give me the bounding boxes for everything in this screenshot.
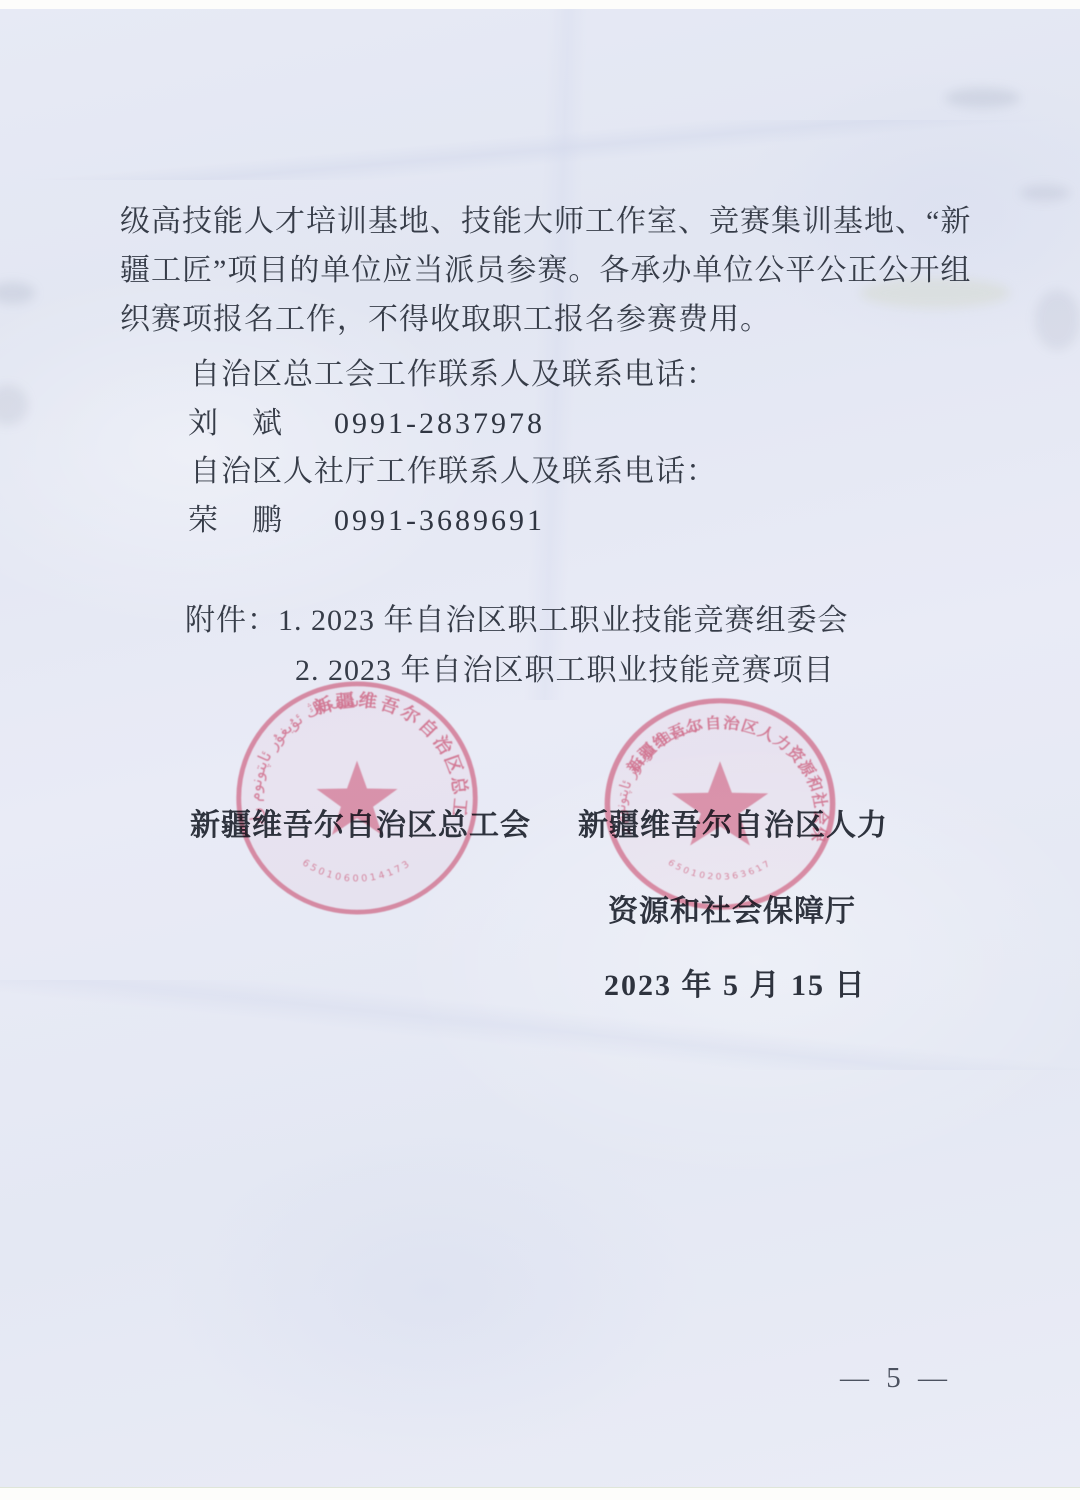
svg-text:6501020363617: 6501020363617 bbox=[666, 858, 775, 882]
contact-intro-union: 自治区总工会工作联系人及联系电话： bbox=[190, 349, 717, 393]
seal-chinese-arc-text: 新疆维吾尔自治区总工会 bbox=[228, 672, 472, 820]
ghost-mark bbox=[945, 88, 1020, 108]
paragraph-line-3: 织赛项报名工作，不得收取职工报名参赛费用。 bbox=[120, 294, 940, 338]
contact-row-union: 刘 斌0991-2837978 bbox=[188, 398, 545, 442]
ghost-mark bbox=[0, 282, 35, 304]
page-number: — 5 — bbox=[840, 1362, 952, 1395]
ghost-mark bbox=[1035, 290, 1080, 350]
contact-row-hr: 荣 鹏0991-3689691 bbox=[188, 495, 545, 539]
signature-date: 2023 年 5 月 15 日 bbox=[604, 960, 867, 1004]
signature-right-org-line1: 新疆维吾尔自治区人力 bbox=[578, 800, 888, 844]
seal-serial-number: 6501020363617 bbox=[666, 858, 775, 882]
scan-edge-top bbox=[0, 0, 1080, 9]
ghost-mark bbox=[1020, 185, 1070, 201]
contact-name: 荣 鹏 bbox=[188, 504, 284, 537]
scanned-document-page: 级高技能人才培训基地、技能大师工作室、竞赛集训基地、“新 疆工匠”项目的单位应当… bbox=[0, 0, 1080, 1500]
attachment-item-2: 2. 2023 年自治区职工职业技能竞赛项目 bbox=[295, 645, 835, 689]
official-seal-left: شىنجاڭ ئۇيغۇر ئاپتونوم رايونى 新疆维吾尔自治区总工… bbox=[228, 672, 486, 924]
attachment-label: 附件： bbox=[185, 604, 278, 637]
paragraph-line-1: 级高技能人才培训基地、技能大师工作室、竞赛集训基地、“新 bbox=[120, 196, 940, 240]
seal-graphic: شىنجاڭ ئۇيغۇر ئاپتونوم رايونى 新疆维吾尔自治区总工… bbox=[228, 672, 486, 924]
paragraph-line-2: 疆工匠”项目的单位应当派员参赛。各承办单位公平公正公开组 bbox=[120, 245, 940, 289]
signature-left-org: 新疆维吾尔自治区总工会 bbox=[190, 800, 531, 844]
svg-text:6501060014173: 6501060014173 bbox=[300, 858, 414, 885]
paper-crease bbox=[0, 120, 1080, 180]
contact-phone: 0991-3689691 bbox=[334, 504, 545, 537]
attachment-item-1: 1. 2023 年自治区职工职业技能竞赛组委会 bbox=[278, 604, 849, 637]
paper-crease bbox=[0, 980, 1080, 1070]
seal-serial-number: 6501060014173 bbox=[300, 858, 414, 885]
contact-intro-hr: 自治区人社厅工作联系人及联系电话： bbox=[190, 446, 717, 490]
scan-edge-bottom bbox=[0, 1487, 1080, 1500]
contact-name: 刘 斌 bbox=[188, 407, 284, 440]
svg-text:新疆维吾尔自治区总工会: 新疆维吾尔自治区总工会 bbox=[228, 672, 472, 820]
attachment-line-1: 附件：1. 2023 年自治区职工职业技能竞赛组委会 bbox=[185, 595, 849, 639]
ghost-mark bbox=[0, 385, 28, 425]
contact-phone: 0991-2837978 bbox=[334, 407, 545, 440]
signature-right-org-line2: 资源和社会保障厅 bbox=[608, 886, 856, 930]
